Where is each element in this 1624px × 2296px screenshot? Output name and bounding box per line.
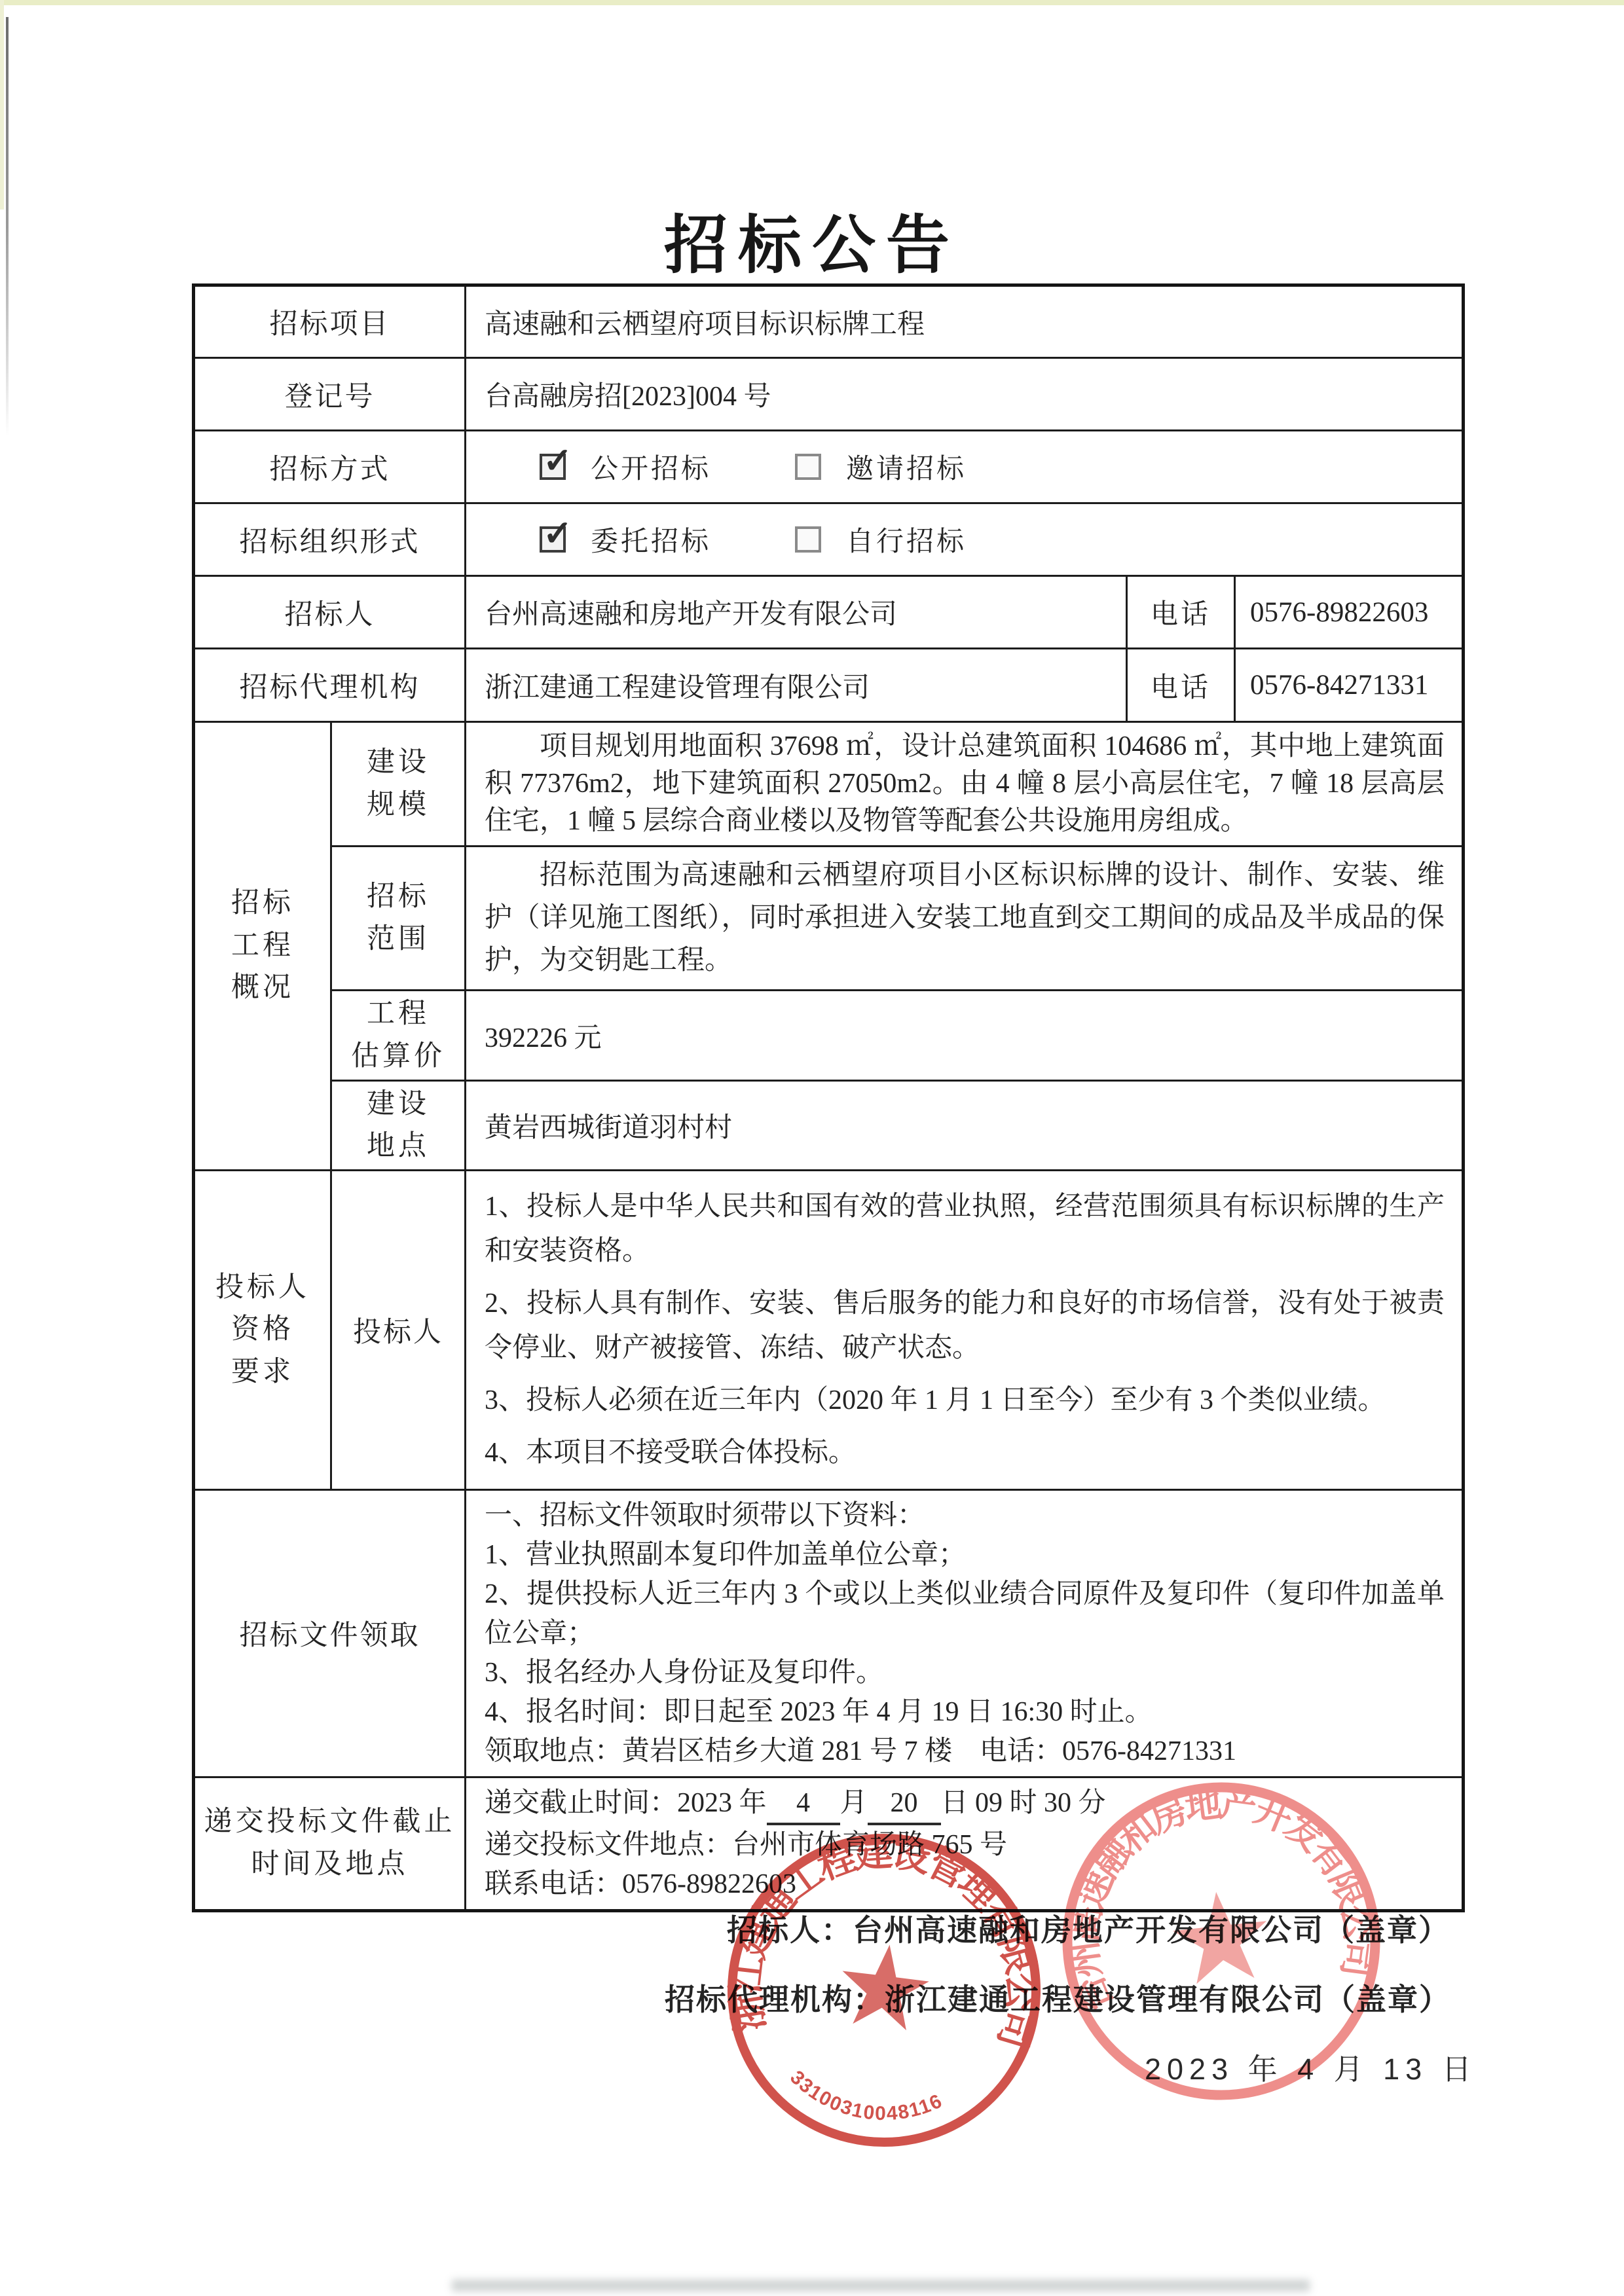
option-self-tender: 自行招标 bbox=[795, 520, 967, 559]
collection-line: 3、报名经办人身份证及复印件。 bbox=[485, 1653, 1445, 1692]
row-construction-site: 建设 地点 黄岩西城街道羽村村 bbox=[194, 1081, 1464, 1171]
collection-line: 领取地点：黄岩区桔乡大道 281 号 7 楼 电话：0576-84271331 bbox=[485, 1732, 1445, 1771]
organization-options: ✓ 委托招标 自行招标 bbox=[466, 503, 1464, 576]
site-label-line: 建设 bbox=[332, 1084, 464, 1126]
qualification-items: 1、投标人是中华人民共和国有效的营业执照，经营范围须具有标识标牌的生产和安装资格… bbox=[466, 1171, 1464, 1489]
scope-text: 招标范围为高速融和云栖望府项目小区标识标牌的设计、制作、安装、维护（详见施工图纸… bbox=[466, 847, 1464, 991]
deadline-between: 月 bbox=[840, 1788, 868, 1818]
star-icon bbox=[1170, 1887, 1272, 1986]
scope-label: 招标 范围 bbox=[331, 847, 466, 991]
method-options: ✓ 公开招标 邀请招标 bbox=[466, 431, 1464, 503]
scale-label-line: 规模 bbox=[332, 784, 464, 827]
tenderer-value: 台州高速融和房地产开发有限公司 bbox=[466, 576, 1127, 649]
tenderer-phone-label: 电话 bbox=[1127, 576, 1235, 649]
tenderer-label: 招标人 bbox=[194, 576, 466, 649]
agency-company-seal: 浙江建通工程建设管理有限公司 33100310048116 bbox=[701, 1808, 1066, 2172]
project-value: 高速融和云栖望府项目标识标牌工程 bbox=[466, 285, 1464, 358]
check-mark: ✓ bbox=[543, 516, 572, 551]
collection-line: 2、提供投标人近三年内 3 个或以上类似业绩合同原件及复印件（复印件加盖单位公章… bbox=[485, 1575, 1445, 1653]
collection-line: 1、营业执照副本复印件加盖单位公章； bbox=[485, 1535, 1445, 1575]
tenderer-seal-graphic: 台州高速融和房地产开发有限公司 bbox=[1041, 1761, 1401, 2121]
overview-label-line: 招标 bbox=[195, 883, 330, 925]
option-label: 公开招标 bbox=[591, 447, 711, 486]
estimate-value: 392226 元 bbox=[466, 991, 1464, 1081]
qualification-label-line: 资格 bbox=[195, 1309, 330, 1351]
row-bidder-qualification: 投标人 资格 要求 投标人 1、投标人是中华人民共和国有效的营业执照，经营范围须… bbox=[194, 1171, 1464, 1489]
site-label: 建设 地点 bbox=[331, 1081, 466, 1171]
row-construction-scale: 招标 工程 概况 建设 规模 项目规划用地面积 37698 ㎡，设计总建筑面积 … bbox=[194, 722, 1464, 847]
page-title: 招标公告 bbox=[0, 194, 1624, 285]
option-label: 自行招标 bbox=[846, 520, 967, 559]
option-delegated-tender: ✓ 委托招标 bbox=[540, 520, 711, 559]
checkbox-empty-icon bbox=[795, 526, 821, 553]
submission-label: 递交投标文件截止 时间及地点 bbox=[194, 1777, 466, 1910]
row-estimate-price: 工程 估算价 392226 元 bbox=[194, 991, 1464, 1081]
scale-text: 项目规划用地面积 37698 ㎡，设计总建筑面积 104686 ㎡，其中地上建筑… bbox=[466, 722, 1464, 847]
collection-label: 招标文件领取 bbox=[194, 1489, 466, 1777]
checkbox-checked-icon: ✓ bbox=[540, 454, 566, 480]
scan-edge-bottom bbox=[452, 2280, 1310, 2291]
estimate-label: 工程 估算价 bbox=[331, 991, 466, 1081]
checkbox-empty-icon bbox=[795, 454, 821, 480]
qualification-item: 2、投标人具有制作、安装、售后服务的能力和良好的市场信誉，没有处于被责令停业、财… bbox=[485, 1281, 1445, 1370]
collection-line: 4、报名时间：即日起至 2023 年 4 月 19 日 16:30 时止。 bbox=[485, 1692, 1445, 1732]
checkbox-checked-icon: ✓ bbox=[540, 526, 566, 553]
agency-phone-label: 电话 bbox=[1127, 649, 1235, 722]
check-mark: ✓ bbox=[543, 443, 572, 479]
agency-phone-value: 0576-84271331 bbox=[1235, 649, 1464, 722]
row-agency: 招标代理机构 浙江建通工程建设管理有限公司 电话 0576-84271331 bbox=[194, 649, 1464, 722]
registration-label: 登记号 bbox=[194, 358, 466, 431]
option-invited-tender: 邀请招标 bbox=[795, 447, 967, 486]
deadline-prefix: 递交截止时间：2023 年 bbox=[485, 1788, 767, 1818]
row-tenderer: 招标人 台州高速融和房地产开发有限公司 电话 0576-89822603 bbox=[194, 576, 1464, 649]
organization-form-label: 招标组织形式 bbox=[194, 503, 466, 576]
scanned-tender-announcement-page: 招标公告 招标项目 高速融和云栖望府项目标识标牌工程 登记号 台高融房招[202… bbox=[0, 0, 1624, 2296]
site-label-line: 地点 bbox=[332, 1125, 464, 1168]
estimate-label-line: 工程 bbox=[332, 993, 464, 1036]
scope-label-line: 范围 bbox=[332, 919, 464, 961]
star-icon bbox=[836, 1939, 933, 2032]
qualification-item: 1、投标人是中华人民共和国有效的营业执照，经营范围须具有标识标牌的生产和安装资格… bbox=[485, 1184, 1445, 1273]
scan-edge-left bbox=[0, 0, 4, 210]
scale-label: 建设 规模 bbox=[331, 722, 466, 847]
row-project: 招标项目 高速融和云栖望府项目标识标牌工程 bbox=[194, 285, 1464, 358]
row-organization-form: 招标组织形式 ✓ 委托招标 自行招标 bbox=[194, 503, 1464, 576]
overview-label-line: 工程 bbox=[195, 925, 330, 968]
agency-label: 招标代理机构 bbox=[194, 649, 466, 722]
scope-paragraph: 招标范围为高速融和云栖望府项目小区标识标牌的设计、制作、安装、维护（详见施工图纸… bbox=[485, 854, 1445, 982]
option-label: 邀请招标 bbox=[846, 447, 967, 486]
overview-label-line: 概况 bbox=[195, 967, 330, 1010]
agency-value: 浙江建通工程建设管理有限公司 bbox=[466, 649, 1127, 722]
scale-label-line: 建设 bbox=[332, 742, 464, 784]
scale-paragraph: 项目规划用地面积 37698 ㎡，设计总建筑面积 104686 ㎡，其中地上建筑… bbox=[485, 728, 1445, 840]
option-open-tender: ✓ 公开招标 bbox=[540, 447, 711, 486]
site-value: 黄岩西城街道羽村村 bbox=[466, 1081, 1464, 1171]
qualification-label-line: 投标人 bbox=[195, 1267, 330, 1309]
bidder-sublabel: 投标人 bbox=[331, 1171, 466, 1489]
collection-line: 一、招标文件领取时须带以下资料： bbox=[485, 1496, 1445, 1535]
tenderer-company-seal: 台州高速融和房地产开发有限公司 bbox=[1041, 1761, 1401, 2121]
deadline-day-blank: 20 bbox=[868, 1783, 941, 1825]
row-document-collection: 招标文件领取 一、招标文件领取时须带以下资料： 1、营业执照副本复印件加盖单位公… bbox=[194, 1489, 1464, 1777]
registration-value: 台高融房招[2023]004 号 bbox=[466, 358, 1464, 431]
submission-label-line: 时间及地点 bbox=[195, 1844, 464, 1886]
qualification-item: 3、投标人必须在近三年内（2020 年 1 月 1 日至今）至少有 3 个类似业… bbox=[485, 1378, 1445, 1423]
scan-edge-top bbox=[0, 0, 1624, 5]
tenderer-phone-value: 0576-89822603 bbox=[1235, 576, 1464, 649]
row-registration: 登记号 台高融房招[2023]004 号 bbox=[194, 358, 1464, 431]
project-label: 招标项目 bbox=[194, 285, 466, 358]
option-label: 委托招标 bbox=[591, 520, 711, 559]
method-label: 招标方式 bbox=[194, 431, 466, 503]
overview-group-label: 招标 工程 概况 bbox=[194, 722, 331, 1171]
seal-ring-text: 浙江建通工程建设管理有限公司 bbox=[719, 1813, 1062, 2072]
row-method: 招标方式 ✓ 公开招标 邀请招标 bbox=[194, 431, 1464, 503]
qualification-label-line: 要求 bbox=[195, 1351, 330, 1394]
tender-form-table: 招标项目 高速融和云栖望府项目标识标牌工程 登记号 台高融房招[2023]004… bbox=[192, 283, 1465, 1912]
row-tender-scope: 招标 范围 招标范围为高速融和云栖望府项目小区标识标牌的设计、制作、安装、维护（… bbox=[194, 847, 1464, 991]
scope-label-line: 招标 bbox=[332, 876, 464, 919]
qualification-group-label: 投标人 资格 要求 bbox=[194, 1171, 331, 1489]
qualification-item: 4、本项目不接受联合体投标。 bbox=[485, 1430, 1445, 1475]
agency-seal-graphic: 浙江建通工程建设管理有限公司 33100310048116 bbox=[701, 1808, 1066, 2172]
collection-lines: 一、招标文件领取时须带以下资料： 1、营业执照副本复印件加盖单位公章； 2、提供… bbox=[466, 1489, 1464, 1777]
estimate-label-line: 估算价 bbox=[332, 1036, 464, 1078]
submission-label-line: 递交投标文件截止 bbox=[195, 1801, 464, 1844]
